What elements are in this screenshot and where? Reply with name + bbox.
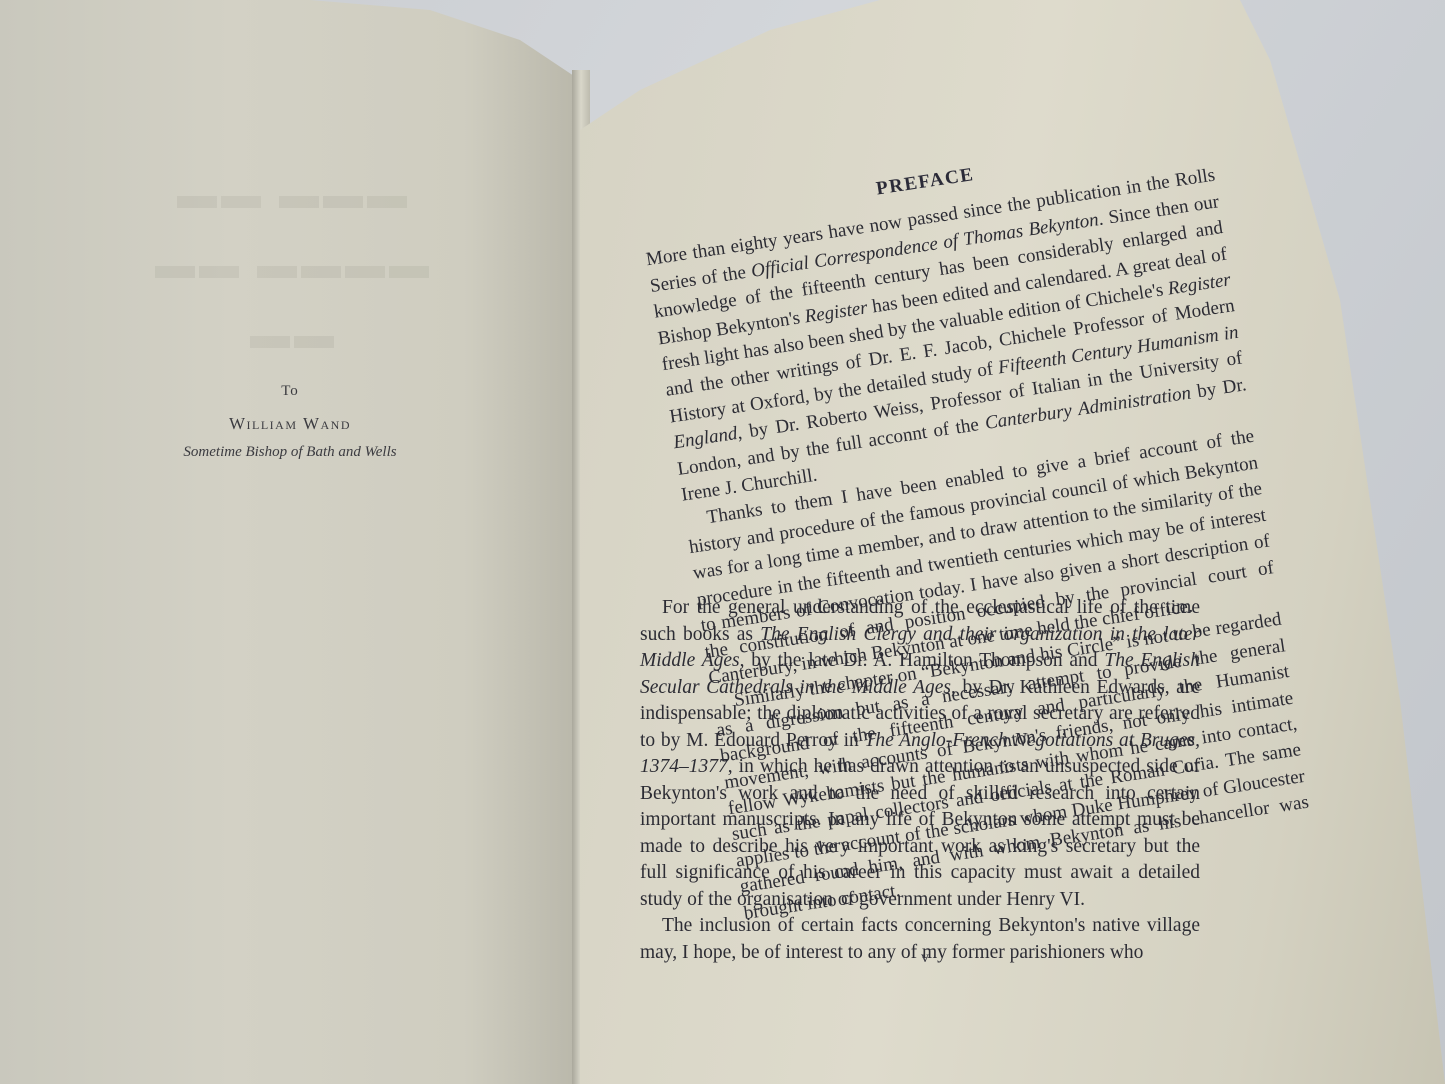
italic-title: Register xyxy=(803,297,869,327)
preface-paragraph: The inclusion of certain facts concernin… xyxy=(640,913,1200,966)
preface-paragraph: For the general understanding of the ecc… xyxy=(640,595,1200,913)
book-photo: ▬▬▬ ▬▬▬▬▬▬ ▬▬ ▬▬ To William Wand Sometim… xyxy=(0,0,1445,1084)
dedication-title: Sometime Bishop of Bath and Wells xyxy=(120,444,460,461)
page-number: v xyxy=(921,949,929,967)
dedication: To William Wand Sometime Bishop of Bath … xyxy=(120,383,460,461)
dedication-to: To xyxy=(120,383,460,400)
preface-body-lower: For the general understanding of the ecc… xyxy=(640,595,1200,966)
italic-title: Register xyxy=(1166,269,1232,299)
text-run: The inclusion of certain facts concernin… xyxy=(640,915,1200,963)
show-through-text: ▬▬▬ ▬▬▬▬▬▬ ▬▬ ▬▬ xyxy=(140,160,440,370)
left-page: ▬▬▬ ▬▬▬▬▬▬ ▬▬ ▬▬ xyxy=(0,0,580,1084)
text-run: , by the late Dr. A. Hamilton Thompson a… xyxy=(740,650,1105,671)
text-run: , in which he has drawn attention to an … xyxy=(640,756,1200,910)
dedication-name: William Wand xyxy=(120,414,460,434)
